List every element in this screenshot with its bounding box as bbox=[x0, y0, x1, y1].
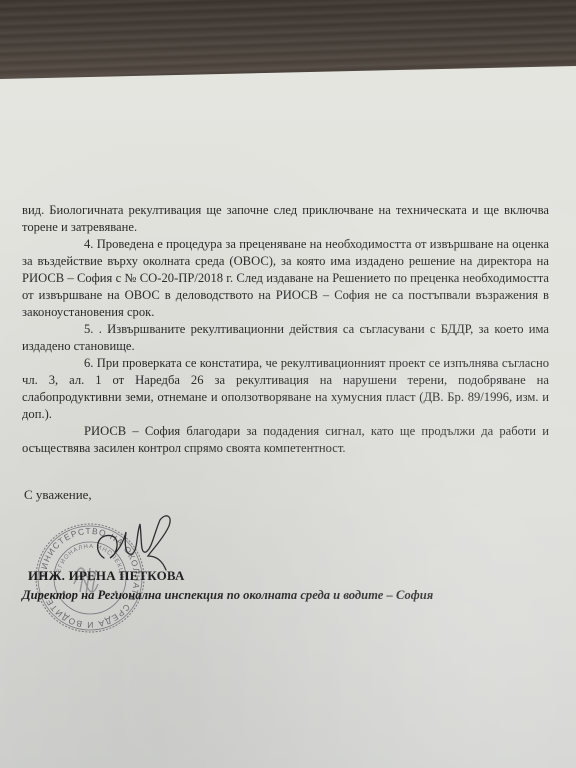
letter-body: вид. Биологичната рекултивация ще започн… bbox=[22, 202, 549, 457]
paragraph-6: 6. При проверката се констатира, че реку… bbox=[22, 355, 549, 423]
closing-salutation: С уважение, bbox=[24, 487, 92, 503]
signature-icon bbox=[90, 510, 180, 582]
signatory-name: ИНЖ. ИРЕНА ПЕТКОВА bbox=[28, 568, 185, 584]
official-stamp-icon: МИНИСТЕРСТВО НА ОКОЛНАТА СРЕДА И ВОДИТЕ … bbox=[34, 522, 146, 634]
signatory-title: Директор на Регионална инспекция по окол… bbox=[22, 588, 433, 603]
svg-text:МИНИСТЕРСТВО НА ОКОЛНАТА СРЕДА: МИНИСТЕРСТВО НА ОКОЛНАТА СРЕДА И ВОДИТЕ bbox=[38, 526, 142, 630]
paragraph-5: 5. . Извършваните рекултивационни действ… bbox=[22, 321, 549, 355]
paragraph-continuation: вид. Биологичната рекултивация ще започн… bbox=[22, 202, 549, 236]
letter-page: вид. Биологичната рекултивация ще започн… bbox=[0, 0, 576, 768]
svg-text:РЕГИОНАЛНА ИНСПЕКЦИЯ: РЕГИОНАЛНА ИНСПЕКЦИЯ bbox=[34, 522, 124, 579]
paragraph-4: 4. Проведена е процедура за преценяване … bbox=[22, 236, 549, 321]
paragraph-closing-statement: РИОСВ – София благодари за подадения сиг… bbox=[22, 423, 549, 457]
